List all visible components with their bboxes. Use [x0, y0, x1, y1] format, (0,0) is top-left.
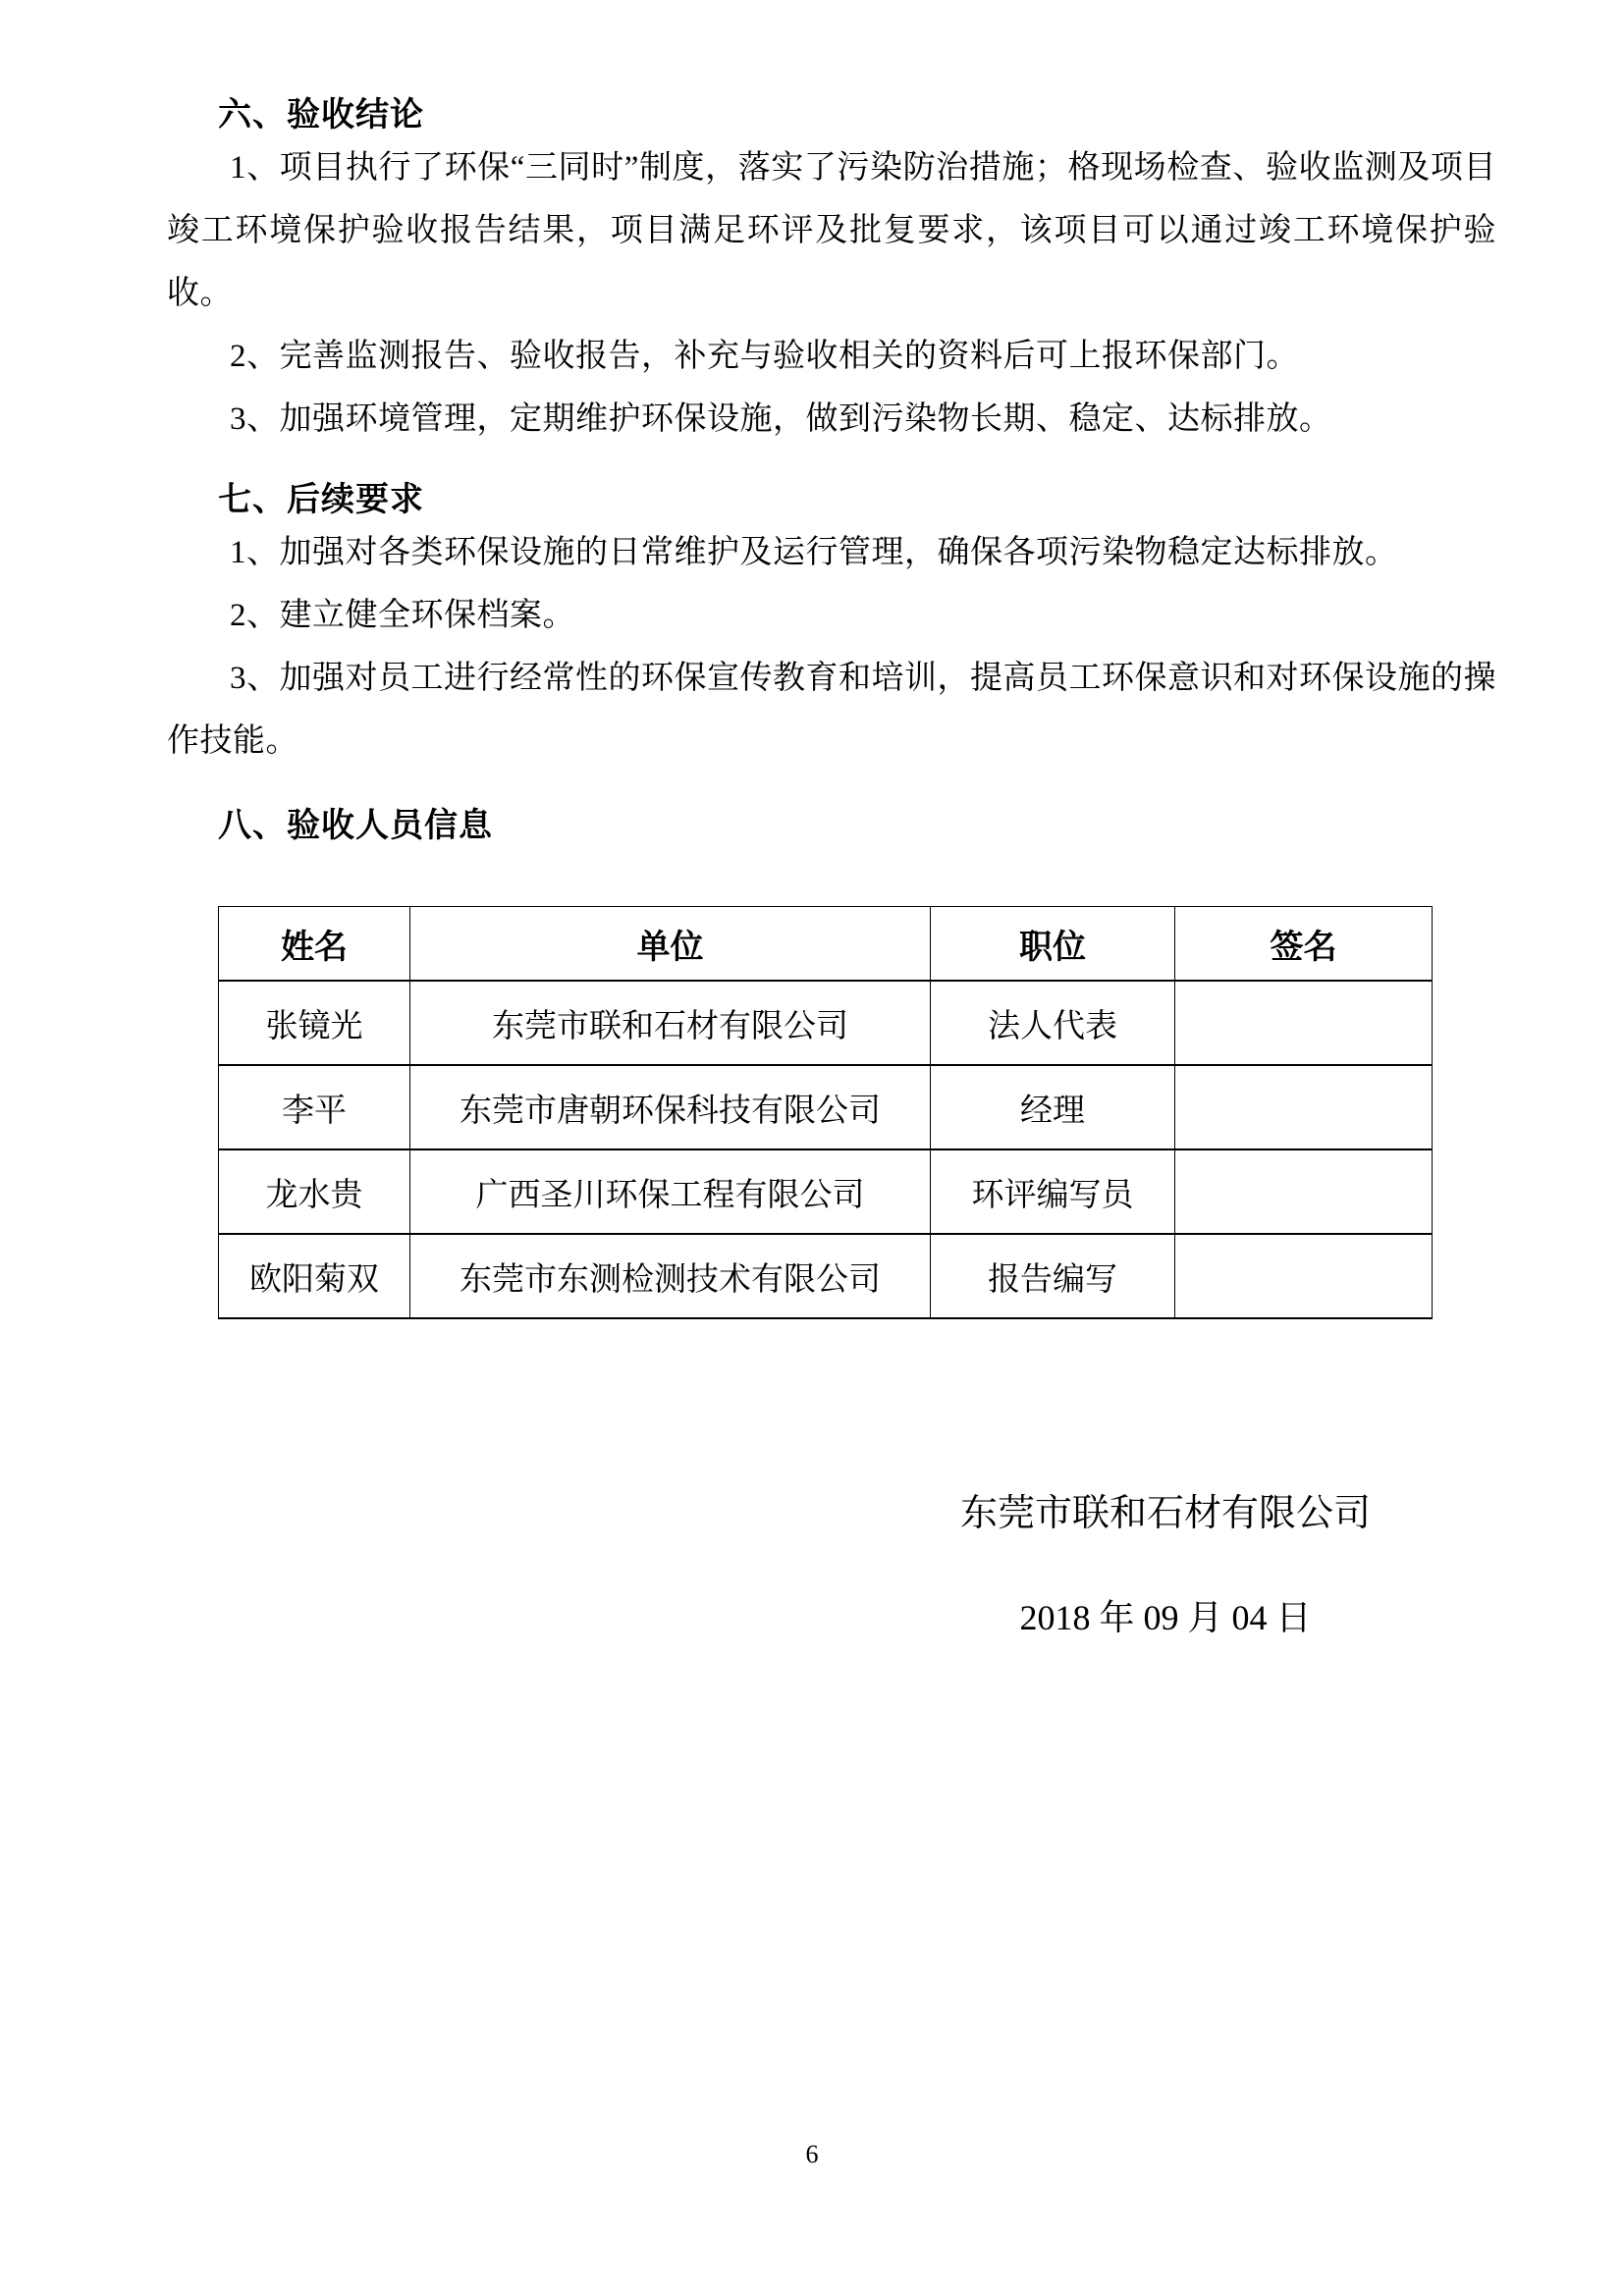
- header-cell-organization: 单位: [410, 907, 931, 982]
- cell-organization: 东莞市东测检测技术有限公司: [410, 1234, 931, 1318]
- page-number: 6: [0, 2140, 1624, 2169]
- header-cell-name: 姓名: [219, 907, 410, 982]
- cell-position: 报告编写: [931, 1234, 1175, 1318]
- table-row: 龙水贵 广西圣川环保工程有限公司 环评编写员: [219, 1149, 1433, 1234]
- header-cell-signature: 签名: [1175, 907, 1433, 982]
- section-heading-acceptance-personnel: 八、验收人员信息: [167, 804, 1496, 847]
- follow-up-paragraph-3: 3、加强对员工进行经常性的环保宣传教育和培训，提高员工环保意识和对环保设施的操作…: [167, 647, 1496, 773]
- signature-company: 东莞市联和石材有限公司: [871, 1492, 1460, 1535]
- cell-organization: 东莞市唐朝环保科技有限公司: [410, 1065, 931, 1149]
- cell-position: 环评编写员: [931, 1149, 1175, 1234]
- personnel-table-header-row: 姓名 单位 职位 签名: [219, 907, 1433, 982]
- cell-name: 欧阳菊双: [219, 1234, 410, 1318]
- conclusion-paragraph-1: 1、项目执行了环保“三同时”制度，落实了污染防治措施；格现场检查、验收监测及项目…: [167, 136, 1496, 325]
- cell-name: 龙水贵: [219, 1149, 410, 1234]
- conclusion-paragraph-2: 2、完善监测报告、验收报告，补充与验收相关的资料后可上报环保部门。: [167, 325, 1496, 388]
- follow-up-paragraph-2: 2、建立健全环保档案。: [167, 584, 1496, 647]
- cell-organization: 东莞市联和石材有限公司: [410, 981, 931, 1065]
- document-page: 六、验收结论 1、项目执行了环保“三同时”制度，落实了污染防治措施；格现场检查、…: [167, 93, 1496, 1637]
- signature-block: 东莞市联和石材有限公司 2018 年 09 月 04 日: [871, 1492, 1460, 1637]
- header-cell-position: 职位: [931, 907, 1175, 982]
- conclusion-paragraph-3: 3、加强环境管理，定期维护环保设施，做到污染物长期、稳定、达标排放。: [167, 388, 1496, 451]
- cell-name: 李平: [219, 1065, 410, 1149]
- section-heading-follow-up-requirements: 七、后续要求: [167, 478, 1496, 521]
- cell-position: 经理: [931, 1065, 1175, 1149]
- signature-date: 2018 年 09 月 04 日: [871, 1598, 1460, 1637]
- cell-signature: [1175, 1149, 1433, 1234]
- section-heading-acceptance-conclusion: 六、验收结论: [167, 93, 1496, 136]
- table-row: 欧阳菊双 东莞市东测检测技术有限公司 报告编写: [219, 1234, 1433, 1318]
- cell-signature: [1175, 1065, 1433, 1149]
- personnel-table: 姓名 单位 职位 签名 张镜光 东莞市联和石材有限公司 法人代表 李平 东莞市唐…: [218, 906, 1433, 1319]
- cell-signature: [1175, 1234, 1433, 1318]
- table-row: 张镜光 东莞市联和石材有限公司 法人代表: [219, 981, 1433, 1065]
- cell-position: 法人代表: [931, 981, 1175, 1065]
- cell-signature: [1175, 981, 1433, 1065]
- cell-name: 张镜光: [219, 981, 410, 1065]
- follow-up-paragraph-1: 1、加强对各类环保设施的日常维护及运行管理，确保各项污染物稳定达标排放。: [167, 521, 1496, 584]
- table-row: 李平 东莞市唐朝环保科技有限公司 经理: [219, 1065, 1433, 1149]
- cell-organization: 广西圣川环保工程有限公司: [410, 1149, 931, 1234]
